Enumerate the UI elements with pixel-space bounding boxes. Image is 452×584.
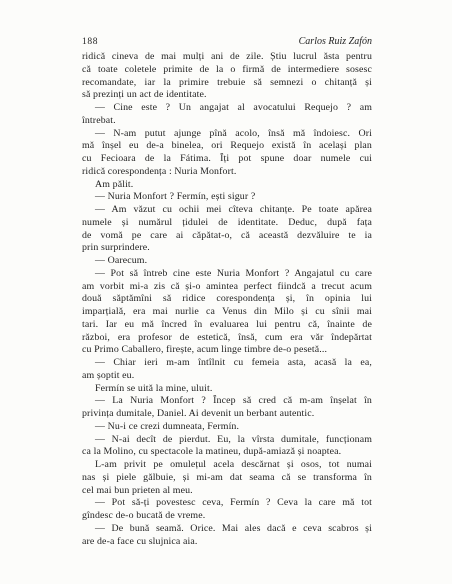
- running-head: Carlos Ruiz Zafón: [299, 36, 372, 47]
- text-line: recomandate, iar la primire trebuie să s…: [82, 77, 372, 90]
- text-line: două săptămîni să ridice corespondența ș…: [82, 293, 372, 306]
- text-line: Fermín se uită la mine, uluit.: [82, 383, 372, 396]
- text-line: — Am văzut cu ochii mei cîteva chitanțe.…: [82, 204, 372, 217]
- paragraph: ridică cineva de mai mulți ani de zile. …: [82, 51, 372, 102]
- paragraph: Fermín se uită la mine, uluit.: [82, 383, 372, 396]
- page-header: 188 Carlos Ruiz Zafón: [82, 36, 372, 48]
- book-page: 188 Carlos Ruiz Zafón ridică cineva de m…: [0, 0, 452, 584]
- text-line: cel mai bun prieten al meu.: [82, 485, 372, 498]
- paragraph: — N-ai decît de pierdut. Eu, la vîrsta d…: [82, 434, 372, 460]
- text-line: — Chiar ieri m-am întîlnit cu femeia ast…: [82, 357, 372, 370]
- text-line: să prezinți un act de identitate.: [82, 89, 372, 102]
- paragraph: — Nuria Monfort ? Fermín, ești sigur ?: [82, 191, 372, 204]
- paragraph: L-am privit pe omulețul acela descărnat …: [82, 459, 372, 497]
- paragraph: — N-am putut ajunge pînă acolo, însă mă …: [82, 128, 372, 179]
- text-line: — Pot să-ți povestesc ceva, Fermín ? Cev…: [82, 497, 372, 510]
- text-line: mă înșel eu de-a binelea, ori Requejo ex…: [82, 140, 372, 153]
- text-line: Am pălit.: [82, 179, 372, 192]
- paragraph: — De bună seamă. Orice. Mai ales dacă e …: [82, 523, 372, 549]
- text-line: — Nu-i ce crezi dumneata, Fermín.: [82, 421, 372, 434]
- text-line: — Cine este ? Un angajat al avocatului R…: [82, 102, 372, 115]
- text-line: cu Fecioara de la Fátima. Îți pot spune …: [82, 153, 372, 166]
- text-line: am șoptit eu.: [82, 370, 372, 383]
- text-line: tari. Iar eu mă încred în evaluarea lui …: [82, 319, 372, 332]
- text-line: ridică cineva de mai mulți ani de zile. …: [82, 51, 372, 64]
- text-line: L-am privit pe omulețul acela descărnat …: [82, 459, 372, 472]
- text-line: — Nuria Monfort ? Fermín, ești sigur ?: [82, 191, 372, 204]
- paragraph: — Am văzut cu ochii mei cîteva chitanțe.…: [82, 204, 372, 255]
- text-line: — N-am putut ajunge pînă acolo, însă mă …: [82, 128, 372, 141]
- text-line: — Pot să întreb cine este Nuria Monfort …: [82, 268, 372, 281]
- paragraph: — Chiar ieri m-am întîlnit cu femeia ast…: [82, 357, 372, 383]
- text-line: ridică corespondența : Nuria Monfort.: [82, 166, 372, 179]
- text-line: război, era profesor de estetică, însă, …: [82, 332, 372, 345]
- text-line: imparțială, era mai nurlie ca Venus din …: [82, 306, 372, 319]
- text-line: cu Primo Caballero, firește, acum linge …: [82, 344, 372, 357]
- text-line: privința dumitale, Daniel. Ai devenit un…: [82, 408, 372, 421]
- text-block: ridică cineva de mai mulți ani de zile. …: [82, 51, 372, 548]
- text-line: — De bună seamă. Orice. Mai ales dacă e …: [82, 523, 372, 536]
- page-number: 188: [82, 37, 98, 48]
- text-line: că toate coletele primite de la o firmă …: [82, 64, 372, 77]
- text-line: — Oarecum.: [82, 255, 372, 268]
- text-line: prin surprindere.: [82, 242, 372, 255]
- paragraph: — Pot să-ți povestesc ceva, Fermín ? Cev…: [82, 497, 372, 523]
- text-line: gîndesc de-o bucată de vreme.: [82, 510, 372, 523]
- paragraph: Am pălit.: [82, 179, 372, 192]
- text-line: întrebat.: [82, 115, 372, 128]
- text-line: — La Nuria Monfort ? Încep să cred că m-…: [82, 395, 372, 408]
- text-line: — N-ai decît de pierdut. Eu, la vîrsta d…: [82, 434, 372, 447]
- text-line: numele și numărul țidulei de identitate.…: [82, 217, 372, 230]
- paragraph: — Pot să întreb cine este Nuria Monfort …: [82, 268, 372, 357]
- paragraph: — La Nuria Monfort ? Încep să cred că m-…: [82, 395, 372, 421]
- paragraph: — Cine este ? Un angajat al avocatului R…: [82, 102, 372, 128]
- text-line: ca la Molino, cu spectacole la matineu, …: [82, 446, 372, 459]
- text-line: am vorbit mi-a zis că și-o amintea perfe…: [82, 281, 372, 294]
- text-line: are de-a face cu slujnica aia.: [82, 536, 372, 549]
- text-line: nas și piele gălbuie, și mi-am dat seama…: [82, 472, 372, 485]
- text-line: de vomă pe care ai căpătat-o, că această…: [82, 230, 372, 243]
- paragraph: — Oarecum.: [82, 255, 372, 268]
- paragraph: — Nu-i ce crezi dumneata, Fermín.: [82, 421, 372, 434]
